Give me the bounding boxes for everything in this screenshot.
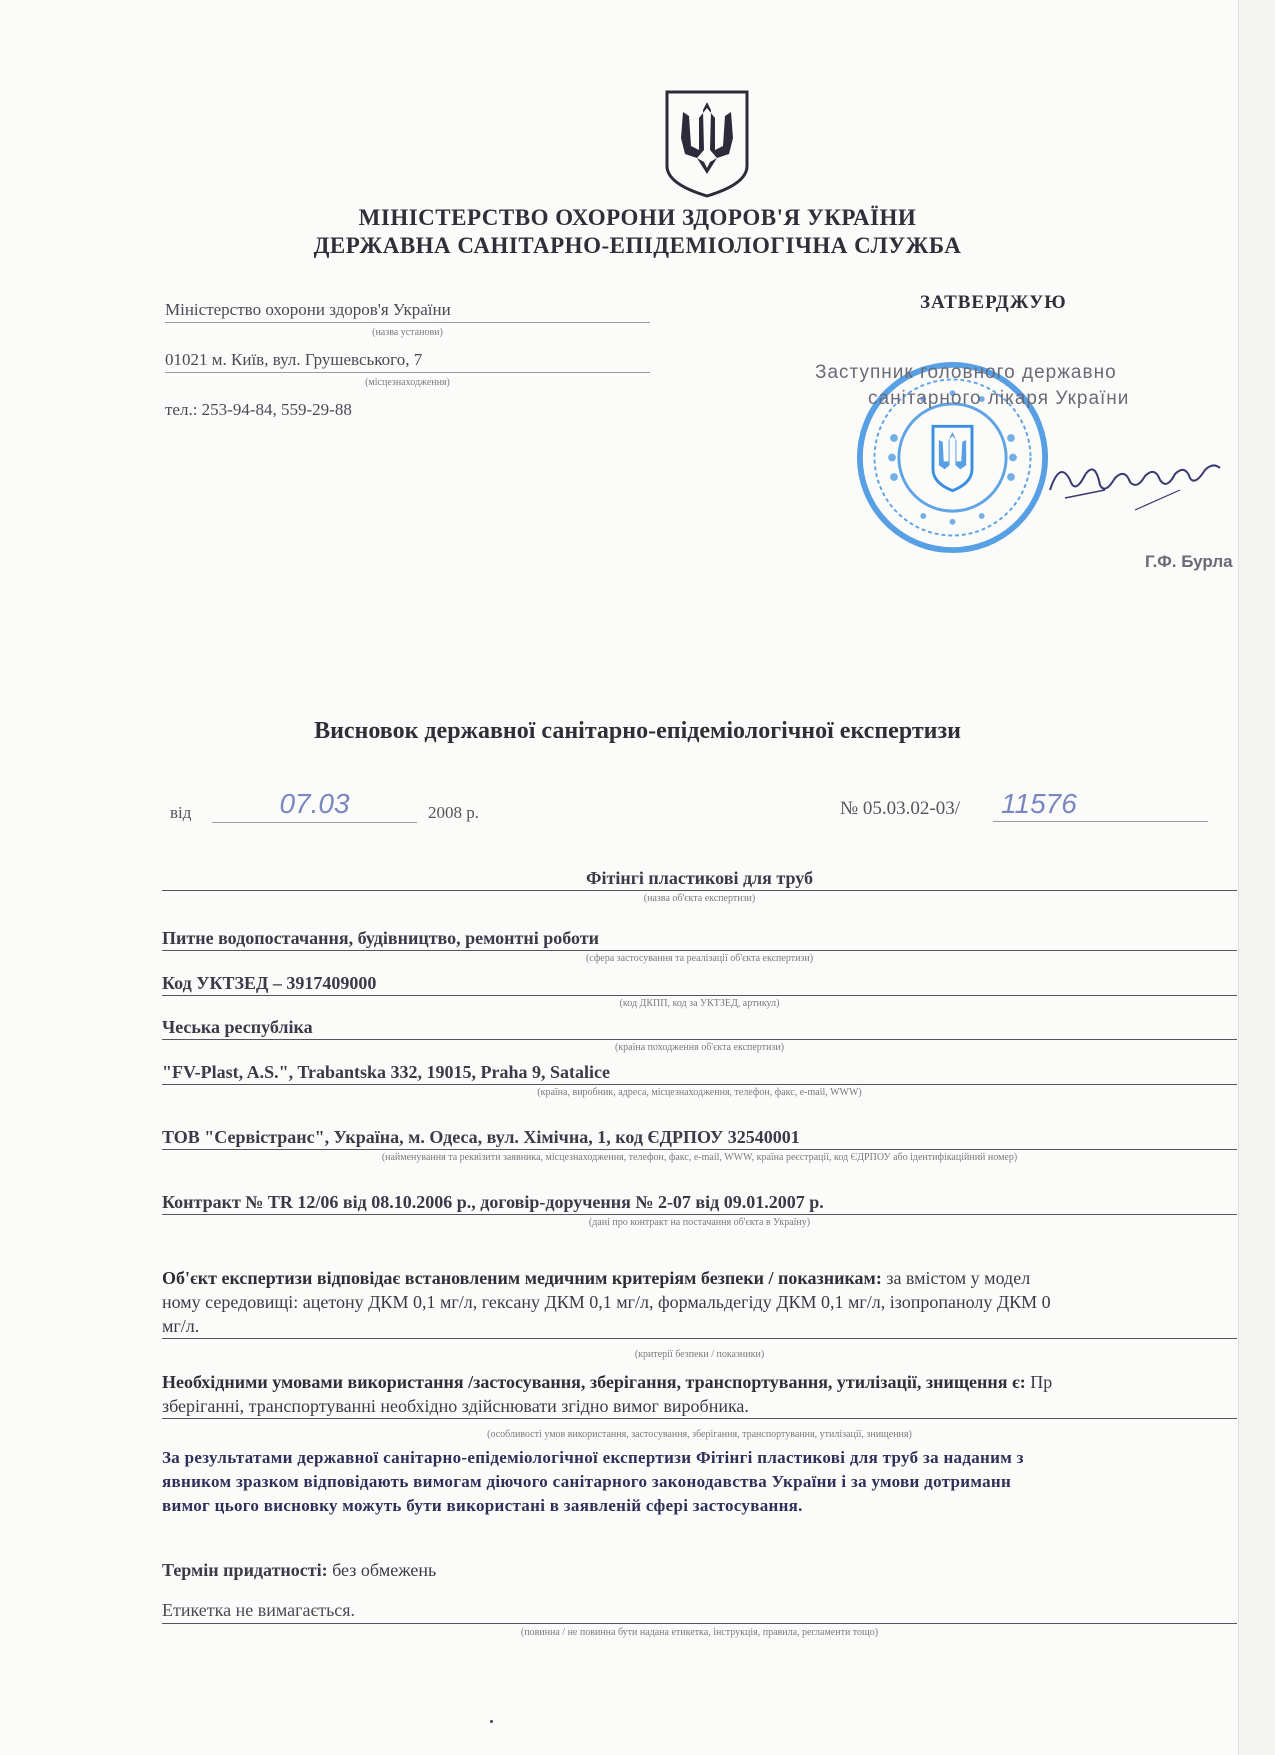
field-manufacturer: "FV-Plast, A.S.", Trabantska 332, 19015,… (162, 1062, 1237, 1098)
ministry-heading: МІНІСТЕРСТВО ОХОРОНИ ЗДОРОВ'Я УКРАЇНИ (0, 205, 1275, 231)
approver-position-line1: Заступник головного державно (815, 362, 1117, 384)
field-caption: (код ДКПП, код за УКТЗЕД, артикул) (162, 998, 1237, 1009)
institution-name-caption: (назва установи) (165, 327, 650, 338)
field-value: Питне водопостачання, будівництво, ремон… (162, 928, 1237, 951)
field-applicant: ТОВ "Сервістранс", Україна, м. Одеса, ву… (162, 1127, 1237, 1163)
field-value: Контракт № TR 12/06 від 08.10.2006 р., д… (162, 1192, 1237, 1215)
institution-name: Міністерство охорони здоров'я України (165, 300, 650, 323)
label-requirement: Етикетка не вимагається. (повинна / не п… (162, 1600, 1237, 1638)
field-caption: (дані про контракт на постачання об'єкта… (162, 1217, 1237, 1228)
result-line1: За результатами державної санітарно-епід… (162, 1446, 1237, 1470)
date-year: 2008 р. (428, 803, 479, 823)
date-handwritten: 07.03 (212, 788, 417, 823)
document-title: Висновок державної санітарно-епідеміолог… (0, 718, 1275, 745)
scan-speck (490, 1720, 493, 1723)
handwritten-signature-icon (1045, 450, 1225, 520)
safety-lead: Об'єкт експертизи відповідає встановлени… (162, 1268, 882, 1288)
conditions-line1-rest: Пр (1026, 1372, 1053, 1392)
field-caption: (назва об'єкта експертизи) (162, 893, 1237, 904)
field-contract: Контракт № TR 12/06 від 08.10.2006 р., д… (162, 1192, 1237, 1228)
field-object-name: Фітінгі пластикові для труб (назва об'єк… (162, 868, 1237, 904)
field-caption: (країна, виробник, адреса, місцезнаходже… (162, 1087, 1237, 1098)
shelf-life-label: Термін придатності: (162, 1560, 328, 1580)
shelf-life-value: без обмежень (328, 1560, 437, 1580)
shelf-life: Термін придатності: без обмежень (162, 1560, 436, 1581)
field-caption: (сфера застосування та реалізації об'єкт… (162, 953, 1237, 964)
field-product-code: Код УКТЗЕД – 3917409000 (код ДКПП, код з… (162, 973, 1237, 1009)
safety-line1-rest: за вмістом у модел (882, 1268, 1030, 1288)
conditions-caption: (особливості умов використання, застосув… (162, 1423, 1237, 1447)
label-caption: (повинна / не повинна бути надана етикет… (162, 1627, 1237, 1638)
field-value: Чеська республіка (162, 1017, 1237, 1040)
date-prefix: від (170, 803, 191, 823)
field-application-scope: Питне водопостачання, будівництво, ремон… (162, 928, 1237, 964)
safety-criteria: Об'єкт експертизи відповідає встановлени… (162, 1266, 1237, 1367)
field-value: ТОВ "Сервістранс", Україна, м. Одеса, ву… (162, 1127, 1237, 1150)
field-value: Фітінгі пластикові для труб (162, 868, 1237, 891)
number-handwritten: 11576 (993, 788, 1208, 822)
label-value: Етикетка не вимагається. (162, 1600, 1237, 1624)
approver-position-line2: санітарного лікаря України (868, 388, 1129, 410)
field-value: "FV-Plast, A.S.", Trabantska 332, 19015,… (162, 1062, 1237, 1085)
field-value: Код УКТЗЕД – 3917409000 (162, 973, 1237, 996)
result-line3: вимог цього висновку можуть бути викорис… (162, 1494, 1237, 1518)
institution-address: 01021 м. Київ, вул. Грушевського, 7 (165, 350, 650, 373)
expertise-result: За результатами державної санітарно-епід… (162, 1446, 1237, 1518)
ukraine-trident-emblem-icon (663, 88, 751, 198)
safety-line3: мг/л. (162, 1314, 1237, 1339)
institution-address-caption: (місцезнаходження) (165, 377, 650, 388)
conditions-line2: зберіганні, транспортуванні необхідно зд… (162, 1394, 1237, 1419)
safety-caption: (критерії безпеки / показники) (162, 1343, 1237, 1367)
institution-phone: тел.: 253-94-84, 559-29-88 (165, 400, 352, 420)
signatory-name: Г.Ф. Бурла (1145, 552, 1233, 572)
approval-label: ЗАТВЕРДЖУЮ (920, 292, 1067, 314)
usage-conditions: Необхідними умовами використання /застос… (162, 1370, 1237, 1447)
result-line2: явником зразком відповідають вимогам дію… (162, 1470, 1237, 1494)
field-country-of-origin: Чеська республіка (країна походження об'… (162, 1017, 1237, 1053)
number-prefix: № 05.03.02-03/ (840, 798, 960, 820)
field-caption: (найменування та реквізити заявника, міс… (162, 1152, 1237, 1163)
safety-line2: ному середовищі: ацетону ДКМ 0,1 мг/л, г… (162, 1290, 1237, 1314)
conditions-lead: Необхідними умовами використання /застос… (162, 1372, 1026, 1392)
field-caption: (країна походження об'єкта експертизи) (162, 1042, 1237, 1053)
service-heading: ДЕРЖАВНА САНІТАРНО-ЕПІДЕМІОЛОГІЧНА СЛУЖБ… (0, 233, 1275, 259)
scan-edge (1238, 0, 1275, 1755)
